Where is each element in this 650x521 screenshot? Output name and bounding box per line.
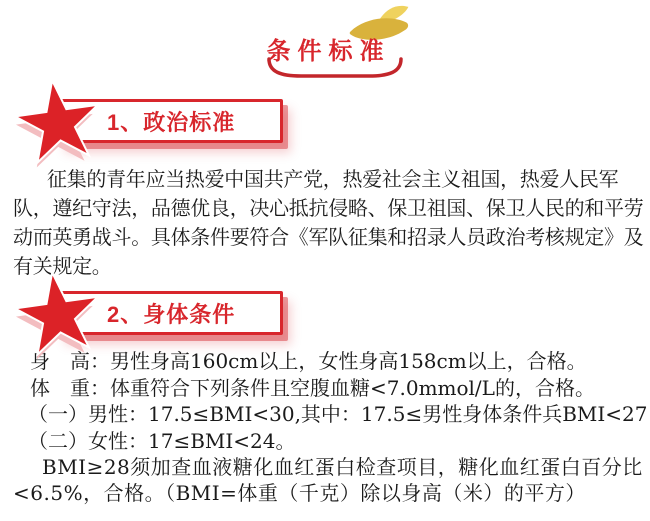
section-title: 2、身体条件 bbox=[107, 298, 235, 329]
political-text-line: 征集的青年应当热爱中国共产党，热爱社会主义祖国，热爱人民军 bbox=[47, 167, 618, 191]
bmi-female-line: （二）女性：17≤BMI<24。 bbox=[28, 429, 296, 453]
section-header-physical: 2、身体条件 bbox=[0, 272, 400, 392]
height-requirement-line: 身 高：男性身高160cm以上，女性身高158cm以上，合格。 bbox=[30, 349, 587, 373]
star-icon bbox=[9, 266, 108, 361]
weight-requirement-line: 体 重：体重符合下列条件且空腹血糖<7.0mmol/L的，合格。 bbox=[30, 376, 595, 400]
bmi-note-line: <6.5%，合格。（BMI=体重（千克）除以身高（米）的平方） bbox=[13, 481, 586, 505]
star-icon bbox=[9, 74, 108, 169]
political-text-line: 队，遵纪守法，品德优良，决心抵抗侵略、保卫祖国、保卫人民的和平劳 bbox=[13, 196, 643, 220]
bmi-note-line: BMI≥28须加查血液糖化血红蛋白检查项目，糖化血红蛋白百分比 bbox=[42, 455, 643, 479]
political-text-line: 动而英勇战斗。具体条件要符合《军队征集和招录人员政治考核规定》及 bbox=[13, 225, 643, 249]
poster-page: 条件标准 1、政治标准 征集的青年应当热爱中国共产党，热爱社会主义祖国，热爱人民… bbox=[0, 0, 650, 521]
section-title: 1、政治标准 bbox=[107, 106, 235, 137]
badge-bracket-icon bbox=[261, 57, 409, 81]
bmi-male-line: （一）男性：17.5≤BMI<30,其中：17.5≤男性身体条件兵BMI<27； bbox=[28, 402, 650, 426]
